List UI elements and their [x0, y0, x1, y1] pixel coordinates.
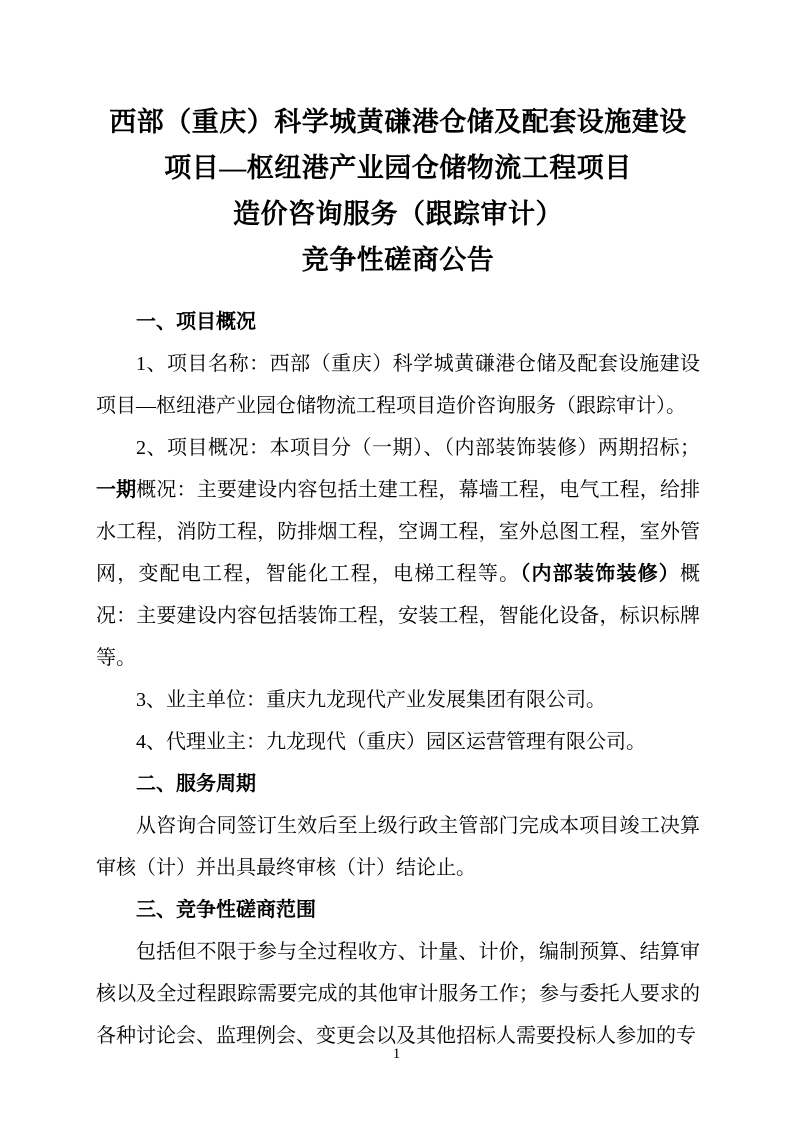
paragraph-project-scope: 2、项目概况：本项目分（一期）、（内部装饰装修）两期招标；一期概况：主要建设内容… — [96, 427, 700, 679]
paragraph-project-name: 1、项目名称：西部（重庆）科学城黄磏港仓储及配套设施建设项目—枢纽港产业园仓储物… — [96, 343, 700, 427]
project-scope-intro: 2、项目概况：本项目分（一期）、（内部装饰装修）两期招标； — [136, 437, 700, 459]
page-footer: 1 — [0, 1044, 793, 1064]
interior-decoration-label: （内部装饰装修） — [520, 563, 680, 585]
paragraph-consultation-scope: 包括但不限于参与全过程收方、计量、计价，编制预算、结算审核以及全过程跟踪需要完成… — [96, 931, 700, 1057]
phase-one-label: 一期 — [96, 479, 136, 501]
document-title: 西部（重庆）科学城黄磏港仓储及配套设施建设 项目—枢纽港产业园仓储物流工程项目 … — [96, 99, 700, 283]
paragraph-owner-unit: 3、业主单位：重庆九龙现代产业发展集团有限公司。 — [96, 679, 700, 721]
section-heading-project-overview: 一、项目概况 — [96, 301, 700, 343]
document-body: 一、项目概况 1、项目名称：西部（重庆）科学城黄磏港仓储及配套设施建设项目—枢纽… — [96, 301, 700, 1057]
page-number: 1 — [393, 1046, 401, 1062]
section-heading-service-period: 二、服务周期 — [96, 763, 700, 805]
title-line-1: 西部（重庆）科学城黄磏港仓储及配套设施建设 — [96, 99, 700, 145]
title-line-2: 项目—枢纽港产业园仓储物流工程项目 — [96, 145, 700, 191]
document-page: 西部（重庆）科学城黄磏港仓储及配套设施建设 项目—枢纽港产业园仓储物流工程项目 … — [0, 0, 793, 1122]
title-line-3: 造价咨询服务（跟踪审计） — [96, 191, 700, 237]
paragraph-service-period: 从咨询合同签订生效后至上级行政主管部门完成本项目竣工决算审核（计）并出具最终审核… — [96, 805, 700, 889]
paragraph-agent-owner: 4、代理业主：九龙现代（重庆）园区运营管理有限公司。 — [96, 721, 700, 763]
title-line-4: 竞争性磋商公告 — [96, 237, 700, 283]
section-heading-consultation-scope: 三、竞争性磋商范围 — [96, 889, 700, 931]
